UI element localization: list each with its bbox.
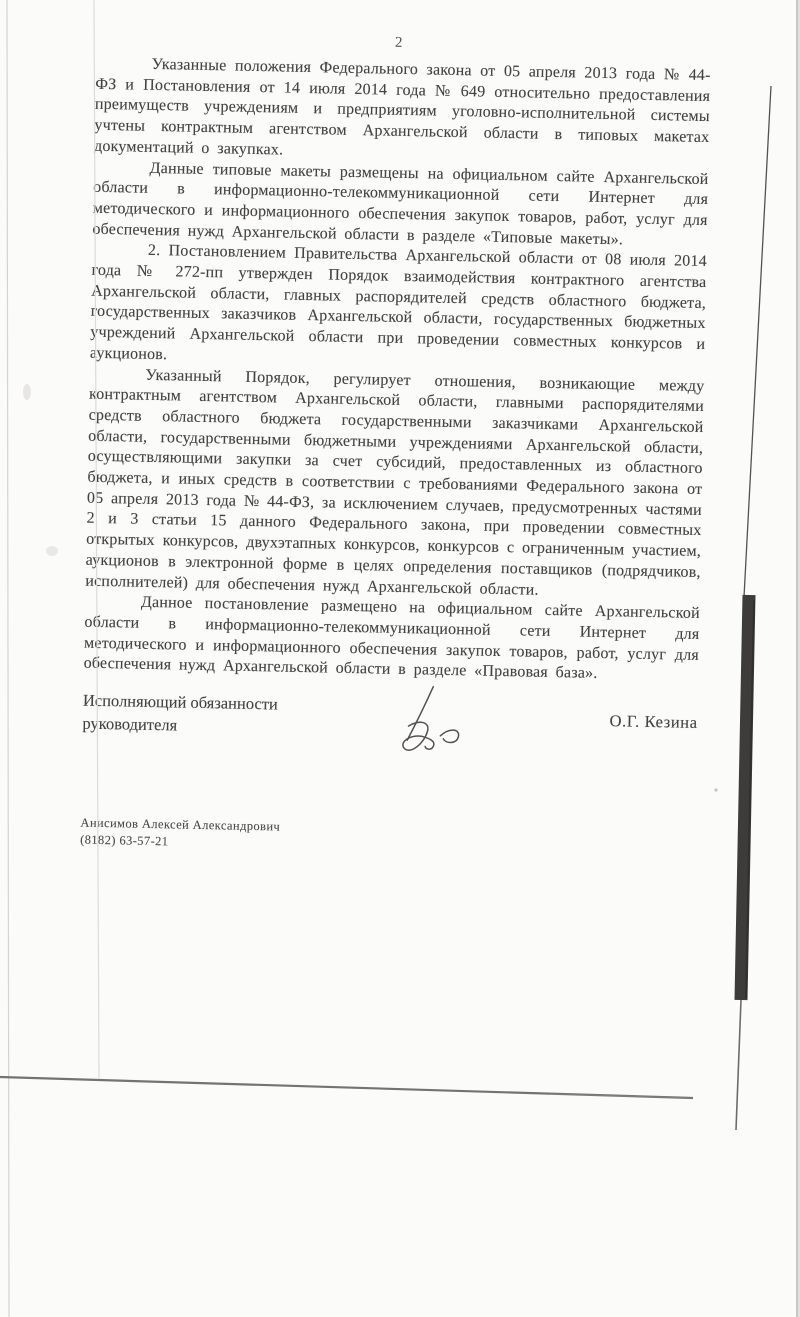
paragraph: Указанные положения Федерального закона … [94, 54, 711, 170]
document-sheet: 2 Указанные положения Федерального закон… [0, 0, 800, 863]
page-edge-tail-line [736, 1000, 741, 1130]
paragraph: Данные типовые макеты размещены на офици… [92, 157, 709, 252]
signatory-title-line2: руководителя [82, 712, 277, 739]
paragraph: 2. Постановлением Правительства Архангел… [90, 240, 707, 377]
page-number: 2 [0, 0, 800, 60]
paragraph: Данное постановление размещено на официа… [83, 592, 700, 687]
handwritten-signature-icon [380, 681, 477, 765]
signatory-title: Исполняющий обязанности руководителя [82, 689, 278, 739]
paragraph: Указанный Порядок, регулирует отношения,… [85, 364, 704, 604]
signature-block: Исполняющий обязанности руководителя О.Г… [82, 689, 698, 769]
contact-block: Анисимов Алексей Александрович (8182) 63… [80, 815, 784, 863]
bottom-sheet-edge-fade [550, 1094, 693, 1098]
bottom-sheet-edge-line [0, 1077, 693, 1098]
document-body: Указанные положения Федерального закона … [83, 54, 710, 687]
signatory-name: О.Г. Кезина [609, 711, 697, 733]
scanned-document-page: 2 Указанные положения Федерального закон… [0, 0, 800, 1317]
